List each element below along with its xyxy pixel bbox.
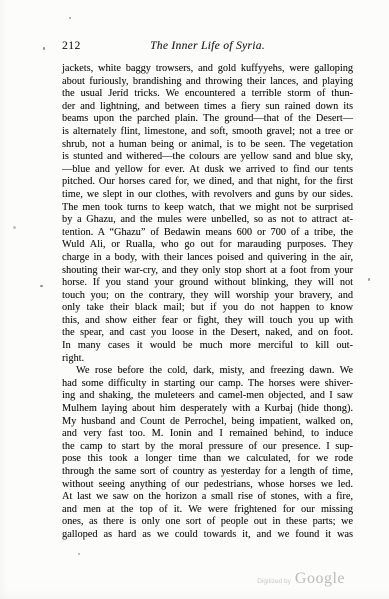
watermark: Digitized by Google [257,570,345,588]
page-header: 212 The Inner Life of Syria. [62,40,353,52]
text-line: by a Ghazu, and the mules were unbelled,… [62,214,353,227]
page-number: 212 [62,40,108,52]
text-line: time, we slept in our clothes, with revo… [62,189,353,202]
text-line: We rose before the cold, dark, misty, an… [62,365,353,378]
scan-speck [368,278,370,281]
text-line: beams upon the parched plain. The ground… [62,113,353,126]
scan-speck [13,226,16,229]
text-line: through the same sort of country as yest… [62,466,353,479]
text-line: pitched. Our horses cared for, we dined,… [62,176,353,189]
text-line: touch you; on the contrary, they will wo… [62,290,353,303]
text-line: the spear, and cast you loose in the Des… [62,327,353,340]
scan-speck [78,553,80,555]
text-line: ing and shaking, the muleteers and camel… [62,390,353,403]
text-line: is alternately flint, limestone, and sof… [62,126,353,139]
text-line: the camp to start by the moral pressure … [62,441,353,454]
paragraph: We rose before the cold, dark, misty, an… [62,365,353,541]
text-line: In many cases it would be much more merc… [62,340,353,353]
text-line: My husband and Count de Perrochel, being… [62,416,353,429]
text-line: this, and show either fear or fight, the… [62,315,353,328]
text-line: is stunted and withered—the colours are … [62,151,353,164]
text-line: shouting their war-cry, and they only st… [62,265,353,278]
page-body: jackets, white baggy trowsers, and gold … [62,63,353,542]
text-line: galloped as hard as we could towards it,… [62,529,353,542]
text-line: and men at the top of it. We were fright… [62,504,353,517]
text-line: At last we saw on the horizon a small ri… [62,491,353,504]
text-line: and very fast too. M. Ionin and I remain… [62,428,353,441]
book-page-scan: 212 The Inner Life of Syria. jackets, wh… [0,0,389,599]
text-line: Mulhem laying about him desperately with… [62,403,353,416]
text-line: right. [62,353,353,366]
text-line: charge in a body, with their lances pois… [62,252,353,265]
text-line: Wuld Ali, or Rualla, who go out for mara… [62,239,353,252]
text-line: ones, as there is only one sort of peopl… [62,516,353,529]
text-line: shrub, not a human being or animal, is t… [62,139,353,152]
text-line: the usual Jeríd tricks. We encountered a… [62,88,353,101]
running-title: The Inner Life of Syria. [108,40,307,52]
text-line: —blue and yellow for ever. At dusk we ar… [62,164,353,177]
text-line: horse. If you stand your ground without … [62,277,353,290]
text-line: only take their black mail; but if you d… [62,302,353,315]
text-line: without seeing anything of our pedestria… [62,479,353,492]
google-logo: Google [295,570,345,588]
text-line: der and lightning, and between times a f… [62,101,353,114]
text-line: had some difficulty in starting our camp… [62,378,353,391]
scan-speck [69,17,71,19]
scan-speck [40,285,43,287]
watermark-prefix: Digitized by [257,578,291,585]
text-line: jackets, white baggy trowsers, and gold … [62,63,353,76]
text-line: The men took turns to keep watch, that w… [62,202,353,215]
scan-speck [43,47,45,50]
text-line: tention. A “Ghazu” of Bedawin means 600 … [62,227,353,240]
text-line: about furiously, brandishing and throwin… [62,76,353,89]
text-line: pose this took a longer time than we cal… [62,453,353,466]
paragraph: jackets, white baggy trowsers, and gold … [62,63,353,365]
